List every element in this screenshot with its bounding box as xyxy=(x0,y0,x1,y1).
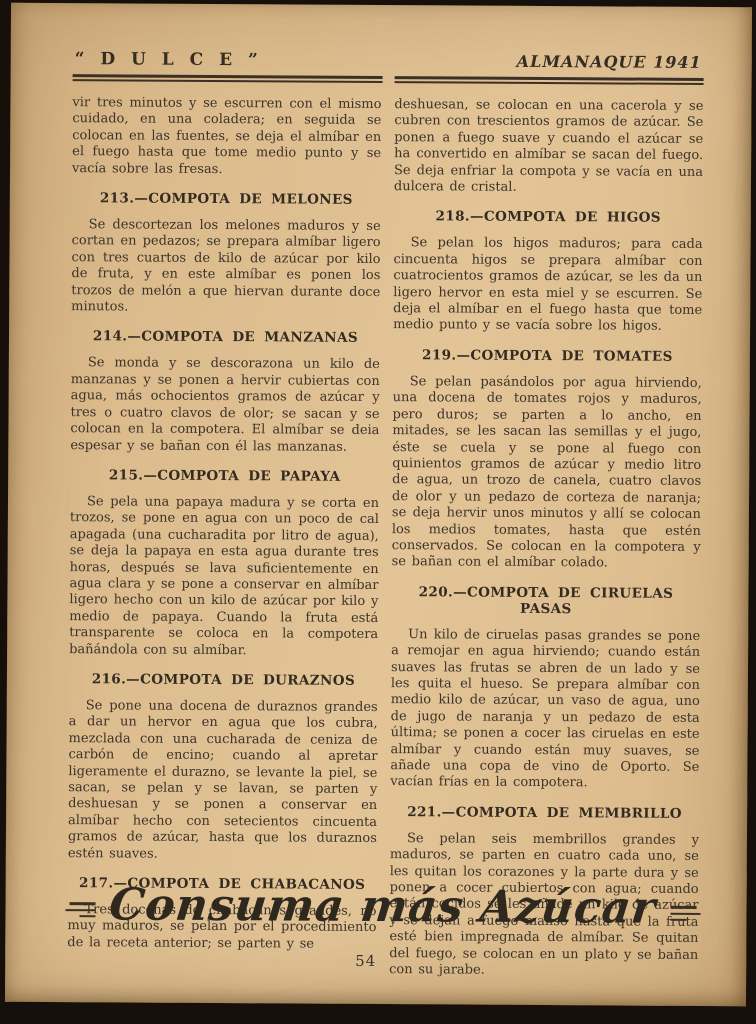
header-title-right: ALMANAQUE 1941 xyxy=(517,52,702,72)
recipe-paragraph: Un kilo de ciruelas pasas grandes se pon… xyxy=(390,627,700,793)
recipe-heading: 214.—COMPOTA DE MANZANAS xyxy=(71,329,380,347)
slogan-rule-right xyxy=(670,896,701,921)
book-page: “ D U L C E ” ALMANAQUE 1941 vir tres mi… xyxy=(5,3,752,1007)
recipe-heading: 219.—COMPOTA DE TOMATES xyxy=(393,347,702,365)
recipe-heading: 215.—COMPOTA DE PAPAYA xyxy=(70,467,379,485)
right-column: deshuesan, se colocan en una cacerola y … xyxy=(389,97,703,980)
header-double-rule xyxy=(73,74,704,85)
recipe-paragraph: deshuesan, se colocan en una cacerola y … xyxy=(394,97,704,197)
page-header: “ D U L C E ” ALMANAQUE 1941 xyxy=(73,49,704,73)
recipe-paragraph: Se pelan los higos maduros; para cada ci… xyxy=(393,236,703,336)
header-title-left: “ D U L C E ” xyxy=(75,49,263,70)
footer-slogan-text: Consuma más Azúcar xyxy=(107,879,659,933)
recipe-heading: 220.—COMPOTA DE CIRUELAS PASAS xyxy=(391,584,700,618)
recipe-paragraph: Se descortezan los melones maduros y se … xyxy=(71,217,381,317)
scanned-book-photo: “ D U L C E ” ALMANAQUE 1941 vir tres mi… xyxy=(0,0,756,1024)
recipe-paragraph: Se pela una papaya madura y se corta en … xyxy=(69,494,379,660)
recipe-heading: 218.—COMPOTA DE HIGOS xyxy=(394,209,703,227)
recipe-paragraph: Se monda y se descorazona un kilo de man… xyxy=(70,356,380,456)
header-rule-right-segment xyxy=(394,76,704,85)
recipe-paragraph: vir tres minutos y se escurren con el mi… xyxy=(72,95,381,179)
recipe-paragraph: Se pelan pasándolos por agua hirviendo, … xyxy=(392,374,702,573)
footer-slogan-banner: Consuma más Azúcar xyxy=(65,879,700,934)
recipe-heading: 216.—COMPOTA DE DURAZNOS xyxy=(69,671,378,689)
left-column: vir tres minutos y se escurren con el mi… xyxy=(67,95,381,978)
slogan-rule-left xyxy=(65,892,96,917)
recipe-heading: 221.—COMPOTA DE MEMBRILLO xyxy=(390,804,699,822)
header-rule-left-segment xyxy=(73,74,383,83)
recipe-paragraph: Se pone una docena de duraznos grandes a… xyxy=(68,698,378,864)
recipe-heading: 213.—COMPOTA DE MELONES xyxy=(72,190,381,208)
text-columns: vir tres minutos y se escurren con el mi… xyxy=(67,95,703,980)
